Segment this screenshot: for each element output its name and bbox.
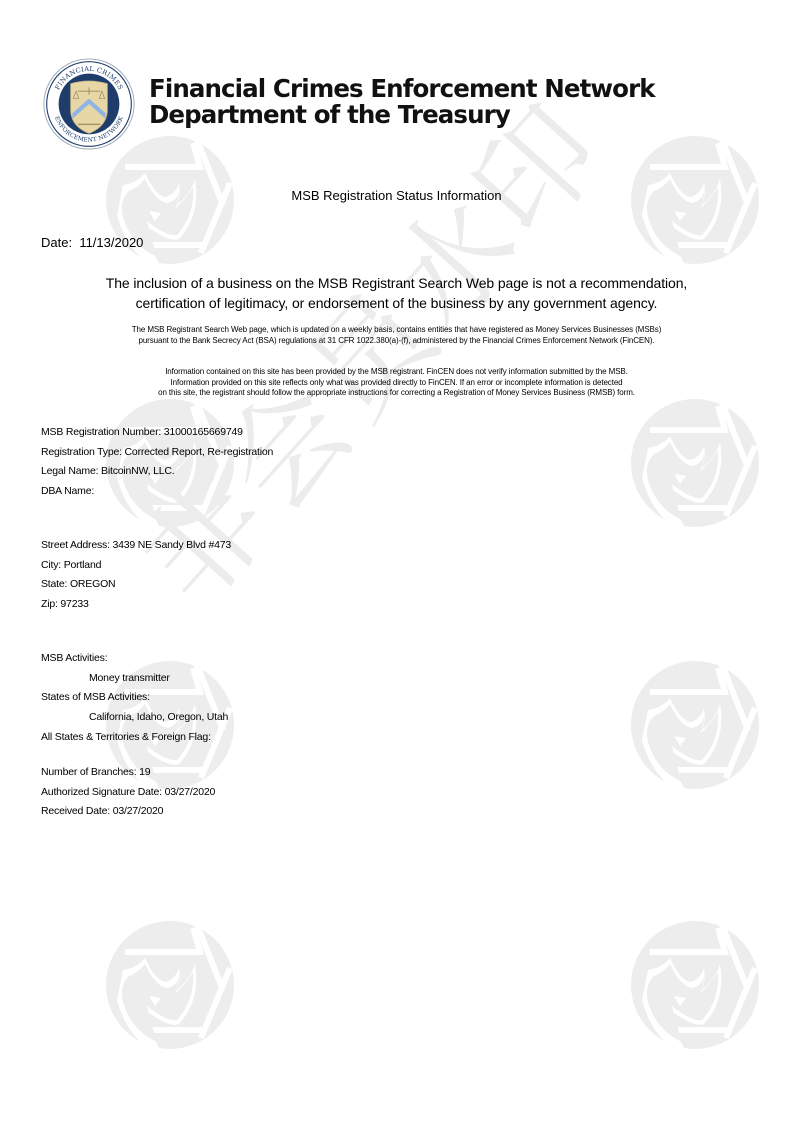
notice-line: Information provided on this site reflec…	[0, 378, 793, 389]
registration-type: Registration Type: Corrected Report, Re-…	[41, 443, 273, 463]
notice-registrant-search: The MSB Registrant Search Web page, whic…	[0, 325, 793, 346]
notice-line: on this site, the registrant should foll…	[0, 388, 793, 399]
received-date: Received Date: 03/27/2020	[41, 802, 215, 822]
activities-section: MSB Activities: Money transmitter States…	[41, 649, 228, 747]
all-states-flag: All States & Territories & Foreign Flag:	[41, 728, 228, 748]
watermark-logo-icon	[105, 920, 235, 1050]
legal-name: Legal Name: BitcoinNW, LLC.	[41, 462, 273, 482]
state: State: OREGON	[41, 575, 231, 595]
notice-line: pursuant to the Bank Secrecy Act (BSA) r…	[0, 336, 793, 347]
org-titles: Financial Crimes Enforcement Network Dep…	[149, 76, 655, 128]
registration-section: MSB Registration Number: 31000165669749 …	[41, 423, 273, 502]
date-value: 11/13/2020	[79, 235, 143, 250]
header: FINANCIAL CRIMES ENFORCEMENT NETWORK Fin…	[43, 58, 655, 150]
zip: Zip: 97233	[41, 595, 231, 615]
registration-number: MSB Registration Number: 31000165669749	[41, 423, 273, 443]
department-name: Department of the Treasury	[149, 102, 655, 128]
city: City: Portland	[41, 556, 231, 576]
fincen-seal-icon: FINANCIAL CRIMES ENFORCEMENT NETWORK	[43, 58, 135, 150]
disclaimer: The inclusion of a business on the MSB R…	[0, 273, 793, 313]
authorized-signature-date: Authorized Signature Date: 03/27/2020	[41, 783, 215, 803]
notice-line: Information contained on this site has b…	[0, 367, 793, 378]
page-title: MSB Registration Status Information	[0, 188, 793, 203]
watermark-logo-icon	[630, 398, 760, 528]
org-name: Financial Crimes Enforcement Network	[149, 76, 655, 102]
date-label: Date:	[41, 235, 72, 250]
watermark-logo-icon	[630, 660, 760, 790]
disclaimer-line: The inclusion of a business on the MSB R…	[0, 273, 793, 293]
dates-section: Number of Branches: 19 Authorized Signat…	[41, 763, 215, 822]
disclaimer-line: certification of legitimacy, or endorsem…	[0, 293, 793, 313]
street-address: Street Address: 3439 NE Sandy Blvd #473	[41, 536, 231, 556]
msb-activities-value: Money transmitter	[41, 669, 228, 689]
number-of-branches: Number of Branches: 19	[41, 763, 215, 783]
report-date: Date: 11/13/2020	[41, 235, 143, 250]
notice-line: The MSB Registrant Search Web page, whic…	[0, 325, 793, 336]
states-label: States of MSB Activities:	[41, 688, 228, 708]
msb-activities-label: MSB Activities:	[41, 649, 228, 669]
states-value: California, Idaho, Oregon, Utah	[41, 708, 228, 728]
watermark-logo-icon	[630, 920, 760, 1050]
notice-information-source: Information contained on this site has b…	[0, 367, 793, 399]
dba-name: DBA Name:	[41, 482, 273, 502]
address-section: Street Address: 3439 NE Sandy Blvd #473 …	[41, 536, 231, 615]
